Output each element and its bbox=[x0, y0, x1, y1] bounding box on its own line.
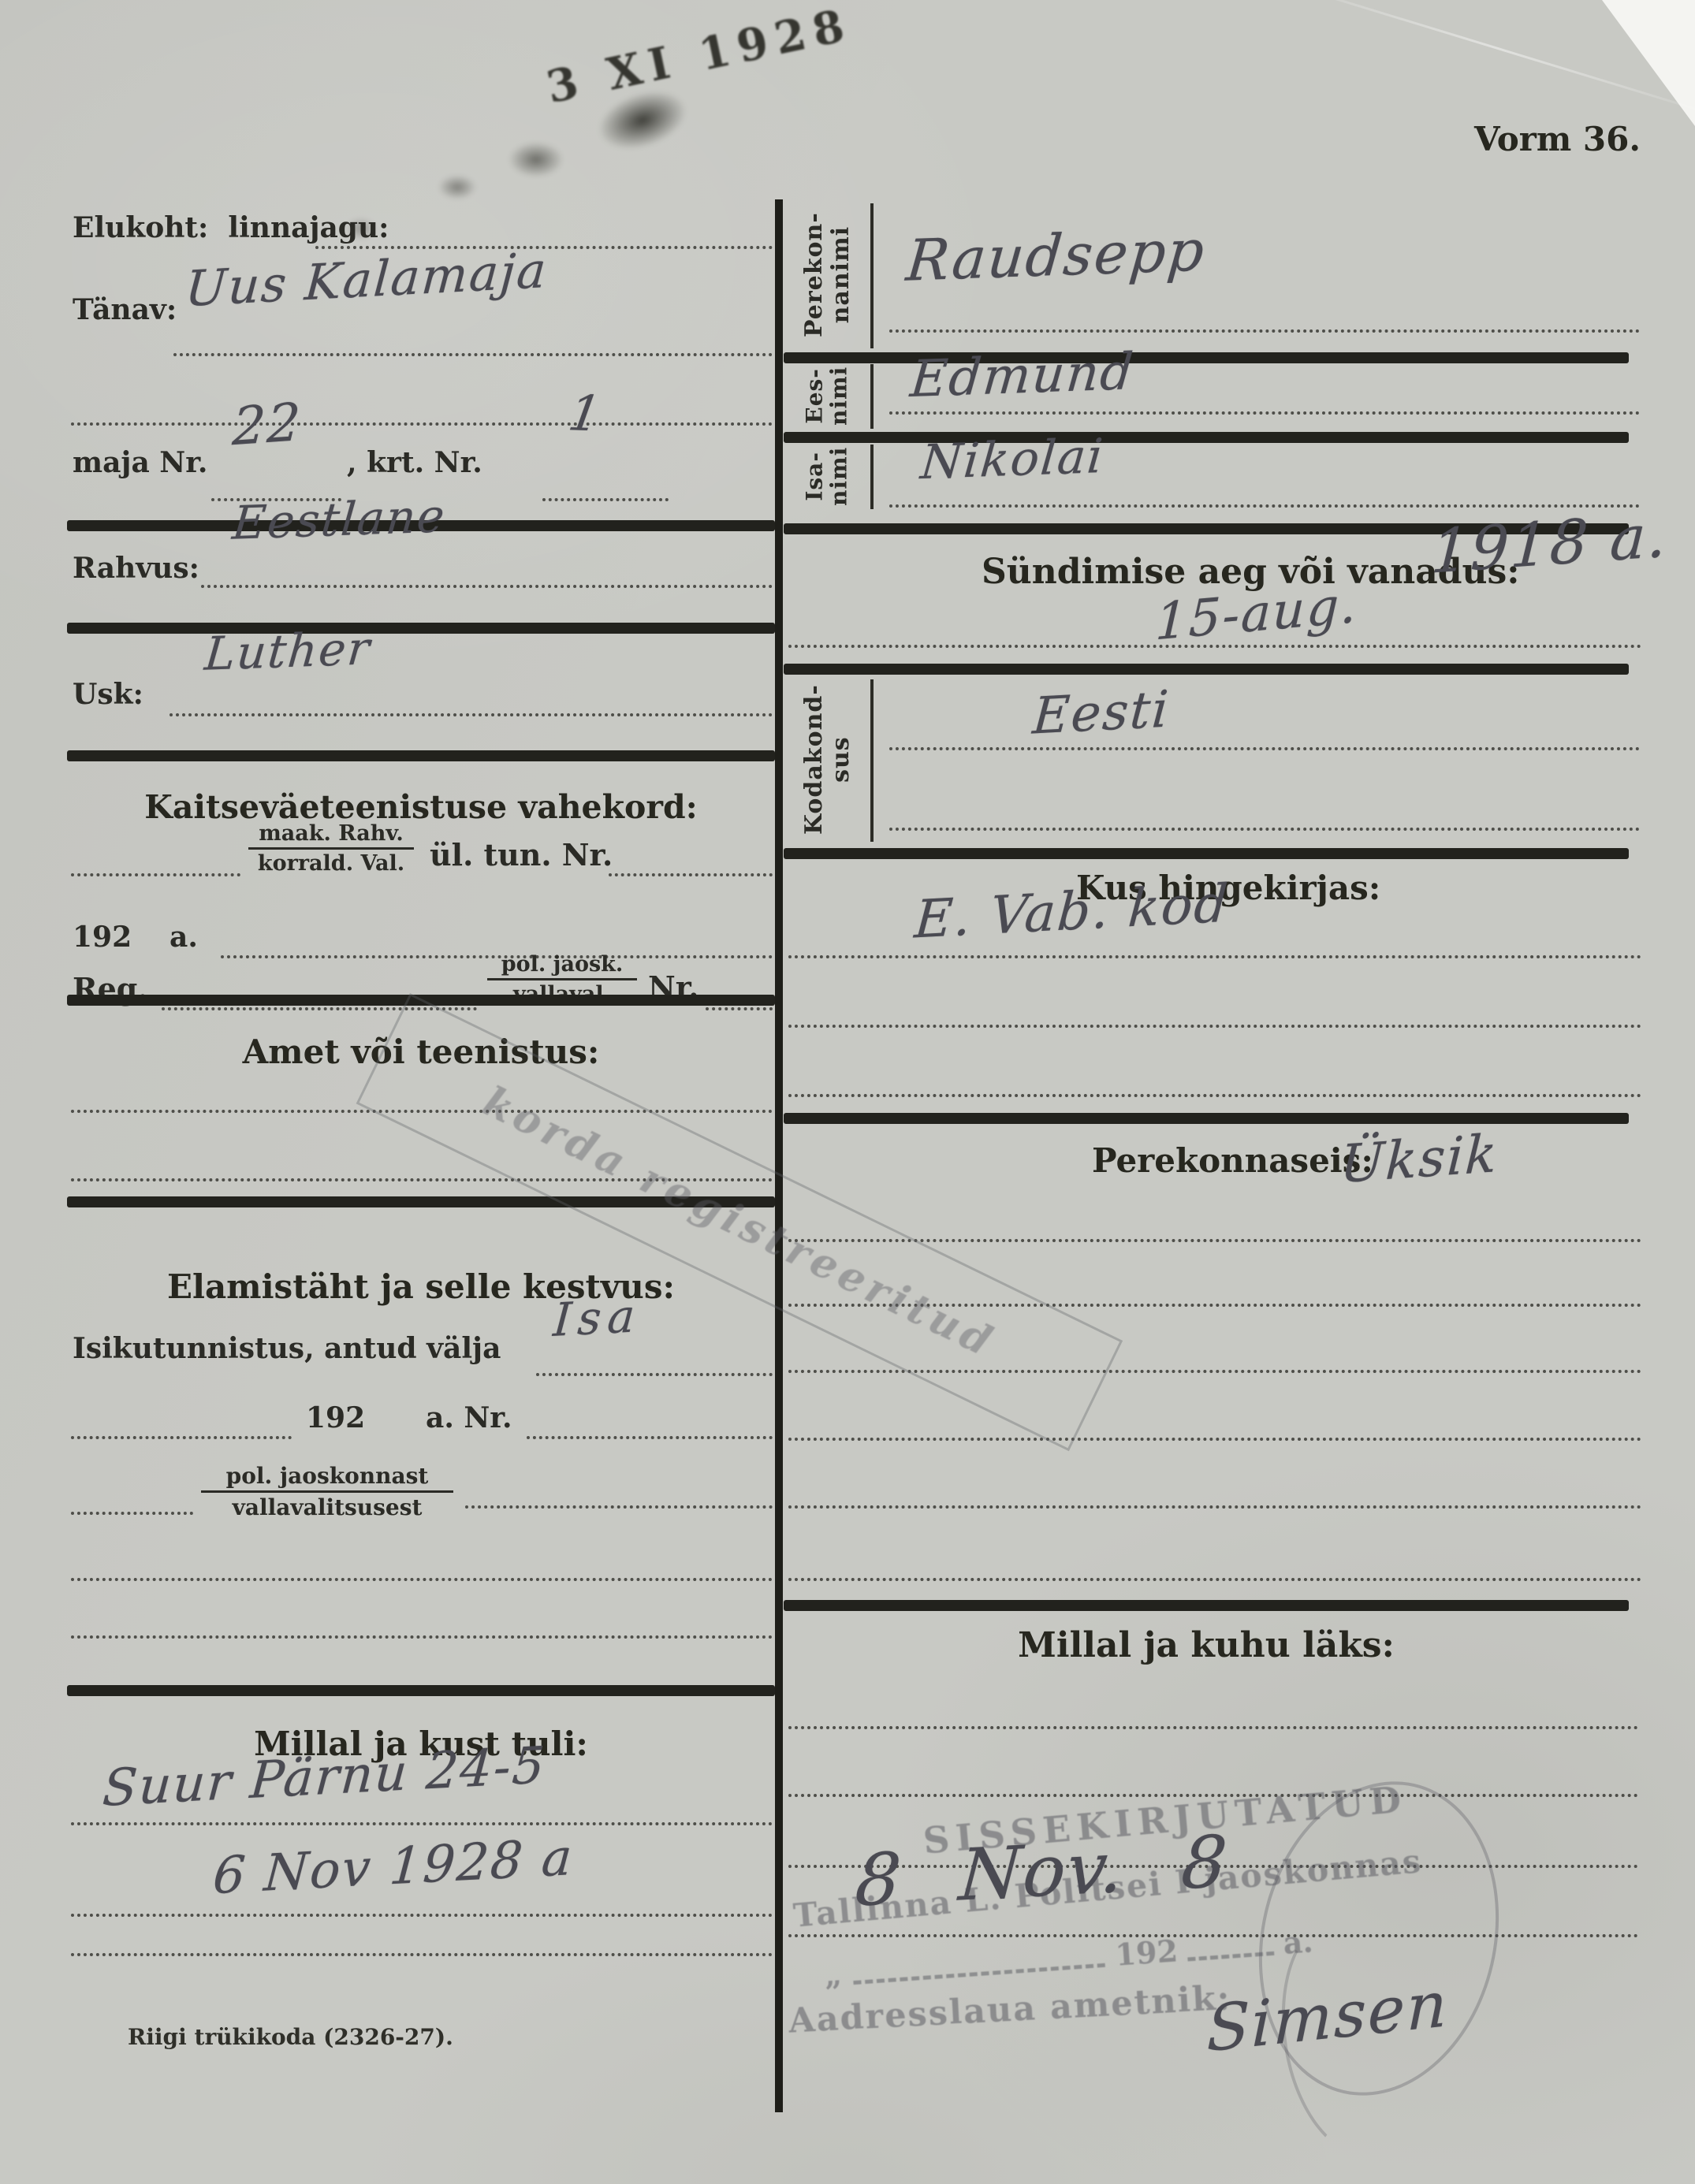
dotted-line bbox=[788, 645, 1641, 648]
dotted-line bbox=[788, 1726, 1638, 1729]
kaitse-heading: Kaitseväeteenistuse vahekord: bbox=[67, 788, 775, 826]
dotted-line bbox=[71, 1578, 773, 1581]
isanimi-field-line bbox=[889, 504, 1640, 508]
dotted-line bbox=[71, 873, 240, 876]
section-bar bbox=[784, 664, 1629, 675]
rahvus-value: Eestlane bbox=[230, 489, 448, 550]
perekonnaseis-heading: Perekonnaseis: bbox=[1092, 1141, 1373, 1180]
ink-blot bbox=[430, 169, 485, 205]
year-192-label: 192 bbox=[306, 1401, 365, 1434]
perekonnanimi-value: Raudsepp bbox=[903, 217, 1208, 294]
pol-jaoskonnast-fraction: pol. jaoskonnast vallavalitsusest bbox=[201, 1463, 453, 1520]
kodakondsus-line1: Kodakond- bbox=[800, 685, 827, 835]
eesnimi-vlabel: Ees- nimi bbox=[785, 363, 869, 429]
perekonnanimi-line1: Perekon- bbox=[800, 213, 827, 338]
kodakondsus-vlabel: Kodakond- sus bbox=[785, 678, 869, 842]
dotted-line bbox=[788, 1094, 1641, 1097]
section-bar bbox=[784, 848, 1629, 859]
perekonnanimi-line2: nanimi bbox=[827, 213, 854, 338]
pol-jaosk-label: pol. jaosk. bbox=[487, 952, 637, 980]
isanimi-value: Nikolai bbox=[918, 429, 1106, 490]
section-bar bbox=[67, 623, 775, 634]
stamp-year: 192 bbox=[1114, 1933, 1179, 1972]
form-number: Vorm 36. bbox=[1474, 120, 1641, 158]
registration-form-page: 3 XI 1928 Vorm 36. Elukoht: linnajagu: T… bbox=[0, 0, 1695, 2184]
label-divider bbox=[870, 364, 874, 429]
year-192-label: 192 bbox=[73, 921, 132, 954]
kodakondsus-line2: sus bbox=[827, 685, 854, 835]
stamp-dash-rule bbox=[853, 1963, 1105, 1985]
maja-value: 22 bbox=[231, 392, 304, 458]
eesnimi-value: Edmund bbox=[908, 343, 1137, 409]
column-divider bbox=[775, 199, 783, 2112]
tanav-label: Tänav: bbox=[73, 293, 177, 326]
dotted-line bbox=[609, 873, 773, 876]
millal-laks-heading: Millal ja kuhu läks: bbox=[784, 1625, 1629, 1665]
label-divider bbox=[870, 679, 874, 842]
perekonnanimi-vlabel: Perekon- nanimi bbox=[785, 202, 869, 348]
dotted-line bbox=[788, 1438, 1641, 1441]
elukoht-word: Elukoht: bbox=[73, 211, 208, 244]
isanimi-line1: Isa- bbox=[803, 446, 827, 505]
label-divider bbox=[870, 445, 874, 509]
eesnimi-line1: Ees- bbox=[803, 366, 827, 425]
dotted-line bbox=[71, 1512, 193, 1515]
isanimi-line2: nimi bbox=[827, 446, 851, 505]
dotted-line bbox=[71, 1914, 773, 1917]
torn-corner bbox=[1602, 0, 1695, 126]
dotted-line bbox=[536, 1373, 773, 1376]
isanimi-vlabel: Isa- nimi bbox=[785, 443, 869, 509]
eesnimi-line2: nimi bbox=[827, 366, 851, 425]
perekonnaseis-value: Üksik bbox=[1339, 1123, 1499, 1195]
dotted-line bbox=[71, 1635, 773, 1639]
linnajagu-word: linnajagu: bbox=[228, 211, 389, 244]
printer-note: Riigi trükikoda (2326-27). bbox=[128, 2024, 453, 2050]
section-bar bbox=[67, 1685, 775, 1696]
dotted-line bbox=[788, 955, 1641, 958]
usk-label: Usk: bbox=[73, 678, 143, 711]
maak-korrald-fraction: maak. Rahv. korrald. Val. bbox=[248, 821, 414, 876]
isikutunnistus-label: Isikutunnistus, antud välja bbox=[73, 1332, 501, 1365]
dotted-line bbox=[71, 1436, 292, 1439]
tuli-line2-value: 6 Nov 1928 a bbox=[211, 1829, 576, 1906]
kodakondsus-field-line bbox=[889, 747, 1640, 750]
usk-value: Luther bbox=[203, 621, 373, 681]
sundimine-year-value: 1918 a. bbox=[1429, 500, 1670, 587]
dotted-line bbox=[465, 1505, 773, 1509]
dotted-line bbox=[71, 1953, 773, 1956]
dotted-line bbox=[788, 1578, 1641, 1581]
maja-label: maja Nr. bbox=[73, 446, 207, 479]
perekonnanimi-field-line bbox=[889, 329, 1640, 333]
krt-field-line bbox=[542, 498, 669, 501]
kodakondsus-value: Eesti bbox=[1031, 680, 1172, 746]
section-bar bbox=[784, 1113, 1629, 1124]
dotted-line bbox=[788, 1505, 1641, 1509]
maak-rahv-label: maak. Rahv. bbox=[248, 821, 414, 850]
dotted-line bbox=[788, 1025, 1641, 1028]
krt-value: 1 bbox=[564, 384, 606, 442]
dotted-line bbox=[706, 1007, 773, 1010]
krt-label: , krt. Nr. bbox=[347, 446, 482, 479]
label-divider bbox=[870, 203, 874, 348]
pol-jaoskonnast-label: pol. jaoskonnast bbox=[201, 1463, 453, 1493]
dotted-line bbox=[889, 828, 1640, 831]
a-nr-label: a. Nr. bbox=[426, 1401, 512, 1434]
usk-field-line bbox=[169, 713, 773, 716]
isikutunnistus-value: Isa bbox=[552, 1289, 643, 1347]
ink-blot bbox=[497, 134, 576, 185]
rahvus-field-line bbox=[201, 585, 773, 588]
section-bar bbox=[784, 352, 1629, 363]
rahvus-label: Rahvus: bbox=[73, 552, 199, 585]
eesnimi-field-line bbox=[889, 411, 1640, 415]
hingekirjas-value: E. Vab. kod bbox=[913, 872, 1231, 950]
korrald-val-label: korrald. Val. bbox=[248, 850, 414, 876]
vallavalitsusest-label: vallavalitsusest bbox=[201, 1493, 453, 1520]
elamistaht-heading: Elamistäht ja selle kestvus: bbox=[67, 1267, 775, 1306]
elukoht-label: Elukoht: linnajagu: bbox=[73, 211, 389, 244]
dotted-line bbox=[71, 422, 773, 426]
tanav-field-line bbox=[173, 353, 773, 356]
ul-tun-label: ül. tun. Nr. bbox=[430, 837, 613, 872]
a-label: a. bbox=[169, 921, 198, 954]
stamp-quote: „ bbox=[823, 1956, 843, 1992]
dotted-line bbox=[527, 1436, 773, 1439]
tanav-value: Uus Kalamaja bbox=[184, 241, 549, 318]
section-bar bbox=[67, 750, 775, 761]
dotted-line bbox=[71, 1822, 773, 1825]
section-bar bbox=[784, 1600, 1629, 1611]
registration-date-value: 8 Nov. 8 bbox=[853, 1820, 1231, 1922]
section-bar bbox=[784, 432, 1629, 443]
